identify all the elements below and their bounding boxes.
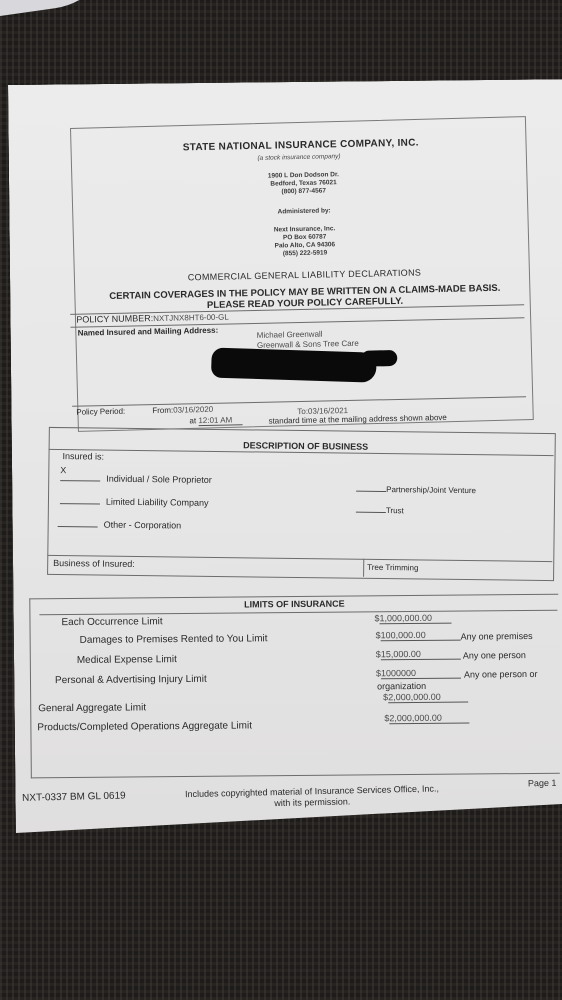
copyright-notice-continued: with its permission. [274, 796, 350, 808]
page-number: Page 1 [528, 778, 557, 789]
form-code: NXT-0337 BM GL 0619 [22, 791, 126, 804]
declarations-document: STATE NATIONAL INSURANCE COMPANY, INC. (… [0, 0, 562, 1000]
